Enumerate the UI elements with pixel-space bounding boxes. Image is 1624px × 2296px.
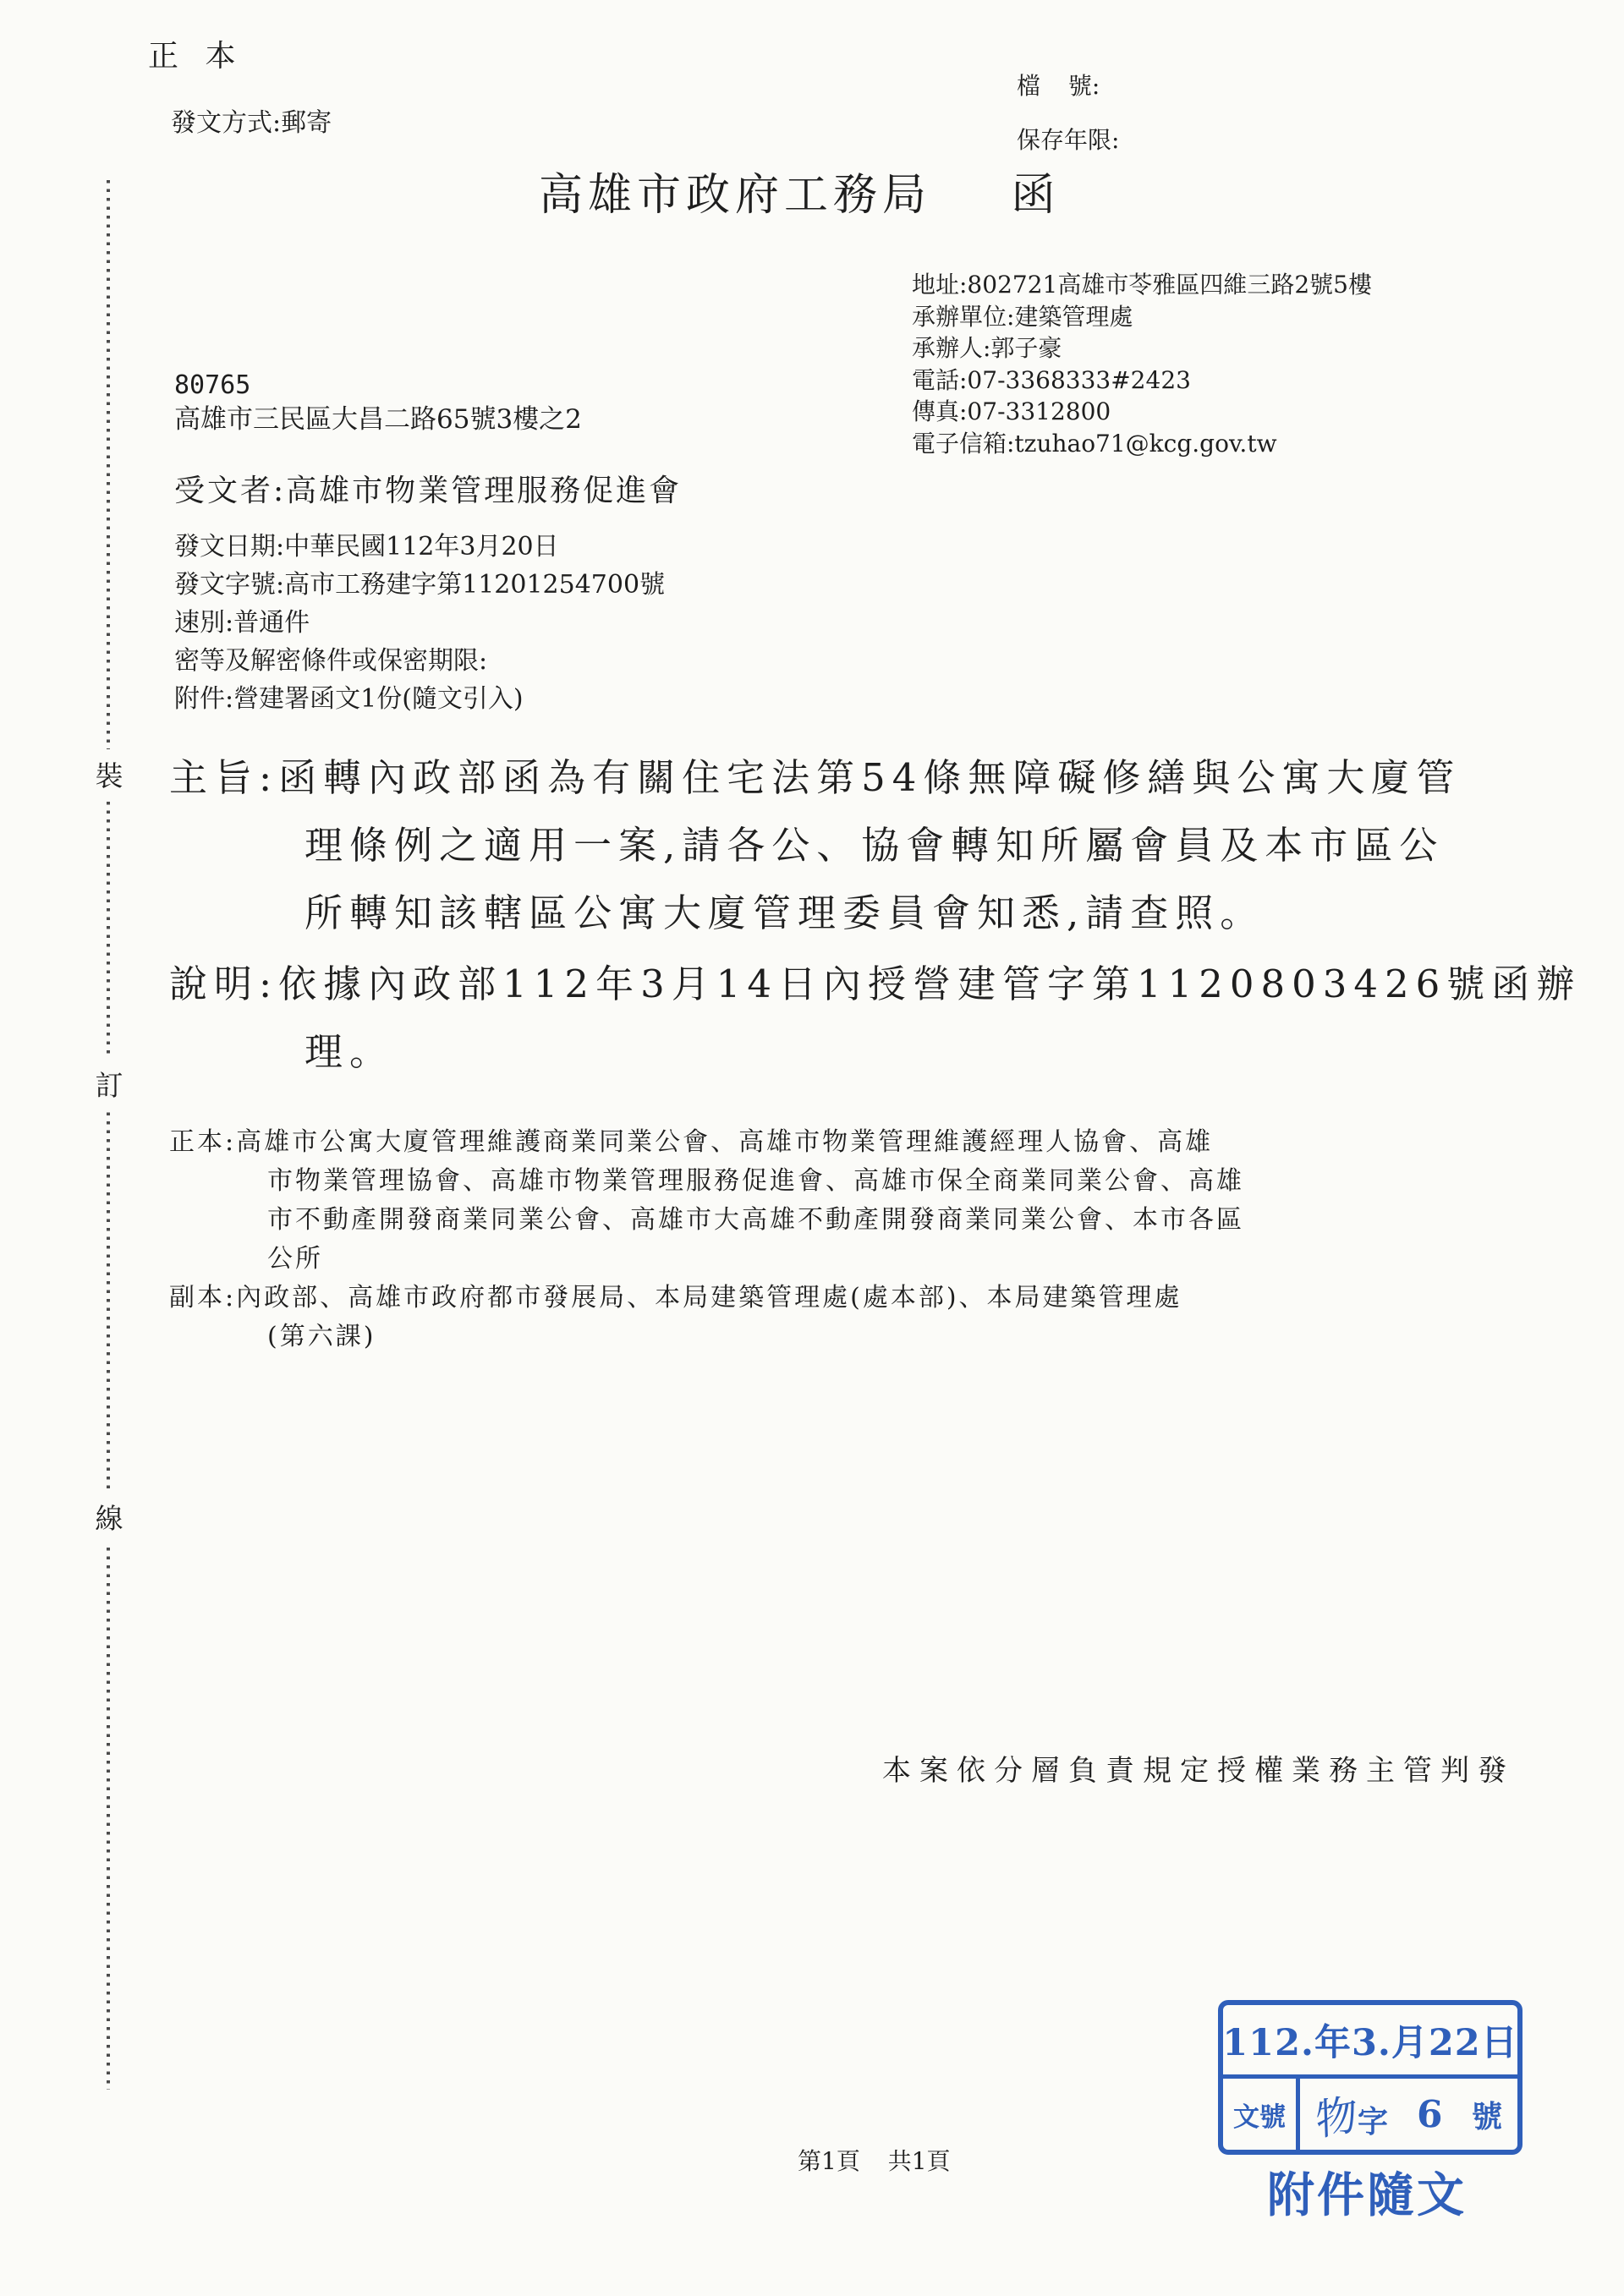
sender-person: 承辦人:郭子豪 <box>912 332 1372 364</box>
recipient-line: 受文者:高雄市物業管理服務促進會 <box>174 467 682 510</box>
cc-label: 副本: <box>169 1283 236 1312</box>
binding-dotted-line <box>107 180 110 2090</box>
received-date-stamp: 112.年3.月22日 文號 物字 6 號 <box>1218 2000 1522 2155</box>
subject-line: 主旨:函轉內政部函為有關住宅法第54條無障礙修繕與公寓大廈管 <box>169 744 1461 812</box>
original-recipients-line: 公所 <box>169 1240 1244 1279</box>
subject-paragraph: 主旨:函轉內政部函為有關住宅法第54條無障礙修繕與公寓大廈管 理條例之適用一案,… <box>169 744 1461 947</box>
stamp-doc-number-label: 文號 <box>1223 2079 1300 2150</box>
stamp-doc-number: 6 <box>1416 2092 1443 2136</box>
original-recipients-line: 正本:高雄市公寓大廈管理維護商業同業公會、高雄市物業管理維護經理人協會、高雄 <box>169 1123 1244 1162</box>
subject-text: 函轉內政部函為有關住宅法第54條無障礙修繕與公寓大廈管 <box>278 755 1461 800</box>
sender-email: 電子信箱:tzuhao71@kcg.gov.tw <box>912 428 1372 460</box>
description-text: 依據內政部112年3月14日內授營建管字第1120803426號函辦 <box>278 962 1581 1006</box>
subject-line: 理條例之適用一案,請各公、協會轉知所屬會員及本市區公 <box>169 812 1461 879</box>
sender-info-block: 地址:802721高雄市苓雅區四維三路2號5樓 承辦單位:建築管理處 承辦人:郭… <box>912 269 1372 459</box>
issue-number: 發文字號:高市工務建字第11201254700號 <box>174 566 665 604</box>
delivery-method: 發文方式:郵寄 <box>171 101 332 139</box>
stamp-doc-number-value: 物字 6 號 <box>1300 2079 1517 2150</box>
subject-line: 所轉知該轄區公寓大廈管理委員會知悉,請查照。 <box>169 879 1461 947</box>
subject-label: 主旨: <box>169 755 278 800</box>
file-number-label: 檔 號: <box>1017 68 1100 101</box>
description-line: 理。 <box>169 1018 1581 1086</box>
retention-period-label: 保存年限: <box>1017 122 1119 156</box>
priority-level: 速別:普通件 <box>174 604 665 642</box>
page-footer: 第1頁 共1頁 <box>798 2143 951 2177</box>
sender-phone: 電話:07-3368333#2423 <box>912 364 1372 397</box>
original-recipients-line: 市不動產開發商業同業公會、高雄市大高雄不動產開發商業同業公會、本市各區 <box>169 1201 1244 1240</box>
document-meta-block: 發文日期:中華民國112年3月20日 發文字號:高市工務建字第112012547… <box>174 528 665 718</box>
stamp-doc-number-row: 文號 物字 6 號 <box>1223 2079 1517 2150</box>
description-paragraph: 說明:依據內政部112年3月14日內授營建管字第1120803426號函辦 理。 <box>169 951 1581 1086</box>
cc-recipients-line: (第六課) <box>169 1318 1244 1356</box>
sender-fax: 傳真:07-3312800 <box>912 396 1372 428</box>
description-line: 說明:依據內政部112年3月14日內授營建管字第1120803426號函辦 <box>169 951 1581 1018</box>
stamp-doc-suffix: 號 <box>1472 2093 1502 2136</box>
binding-mark-xian: 線 <box>93 1492 125 1542</box>
cc-recipients-text: 內政部、高雄市政府都市發展局、本局建築管理處(處本部)、本局建築管理處 <box>236 1283 1182 1312</box>
binding-mark-zhuang: 裝 <box>93 749 125 799</box>
stamp-date: 112.年3.月22日 <box>1223 2005 1517 2079</box>
stamp-doc-mid: 字 <box>1358 2104 1388 2140</box>
stamp-attachment-note: 附件隨文 <box>1267 2158 1467 2226</box>
cc-recipients-line: 副本:內政部、高雄市政府都市發展局、本局建築管理處(處本部)、本局建築管理處 <box>169 1279 1244 1318</box>
distribution-block: 正本:高雄市公寓大廈管理維護商業同業公會、高雄市物業管理維護經理人協會、高雄 市… <box>169 1123 1244 1356</box>
original-label: 正本: <box>169 1127 236 1157</box>
scanned-official-letter: 正 本 發文方式:郵寄 檔 號: 保存年限: 高雄市政府工務局 函 地址:802… <box>0 0 1624 2296</box>
security-level: 密等及解密條件或保密期限: <box>174 642 665 680</box>
sender-address: 地址:802721高雄市苓雅區四維三路2號5樓 <box>912 269 1372 301</box>
recipient-postal-code: 80765 <box>174 370 250 400</box>
authorization-note: 本案依分層負責規定授權業務主管判發 <box>882 1747 1515 1789</box>
description-label: 說明: <box>169 962 278 1006</box>
stamp-handwritten-char: 物 <box>1314 2080 1358 2148</box>
document-title: 高雄市政府工務局 函 <box>539 159 1061 222</box>
stamp-doc-word: 物字 <box>1315 2084 1388 2145</box>
sender-unit: 承辦單位:建築管理處 <box>912 301 1372 333</box>
copy-type-label: 正 本 <box>148 32 237 75</box>
issue-date: 發文日期:中華民國112年3月20日 <box>174 528 665 566</box>
binding-mark-ding: 訂 <box>93 1059 125 1109</box>
attachment-line: 附件:營建署函文1份(隨文引入) <box>174 680 665 718</box>
recipient-address: 高雄市三民區大昌二路65號3樓之2 <box>174 397 582 436</box>
original-recipients-text: 高雄市公寓大廈管理維護商業同業公會、高雄市物業管理維護經理人協會、高雄 <box>236 1127 1213 1157</box>
original-recipients-line: 市物業管理協會、高雄市物業管理服務促進會、高雄市保全商業同業公會、高雄 <box>169 1162 1244 1201</box>
